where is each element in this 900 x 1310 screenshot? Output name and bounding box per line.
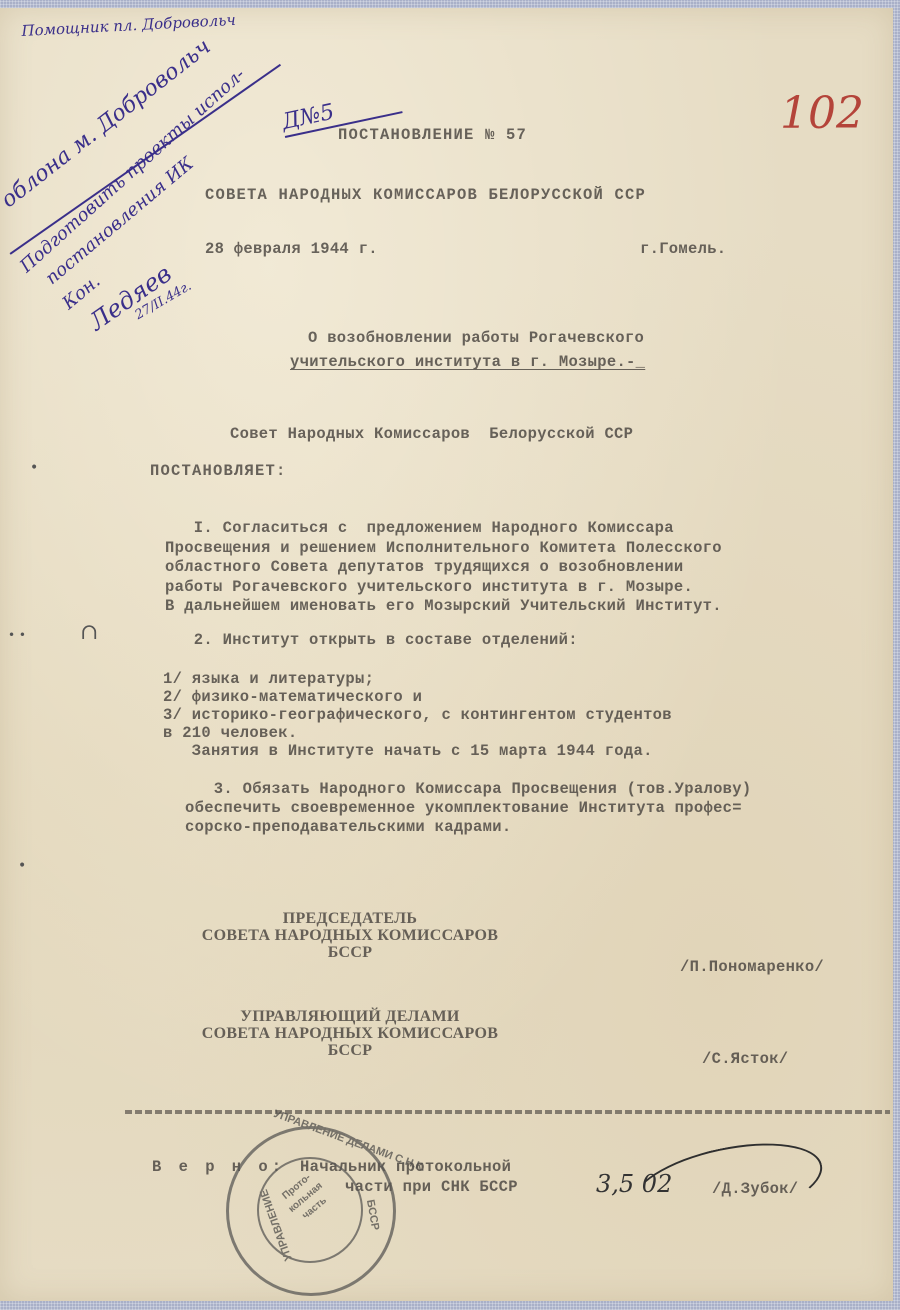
document-place: г.Гомель. bbox=[640, 240, 726, 258]
signatory-title: БССР bbox=[185, 1042, 515, 1059]
item-1-line: работы Рогачевского учительского институ… bbox=[165, 578, 722, 598]
department-list: 1/ языка и литературы; 2/ физико-математ… bbox=[163, 670, 672, 760]
handwritten-top-note: Помощник пл. Добровольч bbox=[21, 11, 236, 40]
signatory-title: БССР bbox=[185, 944, 515, 961]
signatory-title: ПРЕДСЕДАТЕЛЬ bbox=[185, 910, 515, 927]
signatory-name-chairman: /П.Пономаренко/ bbox=[680, 958, 824, 976]
handwritten-ref-number: Д№5 bbox=[280, 100, 337, 135]
department-item: 3/ историко-географического, с континген… bbox=[163, 706, 672, 724]
item-2-tail: Занятия в Институте начать с 15 марта 19… bbox=[163, 742, 672, 760]
document-title: ПОСТАНОВЛЕНИЕ № 57 bbox=[338, 126, 527, 144]
signatory-name-manager: /С.Ясток/ bbox=[702, 1050, 788, 1068]
resolves-heading: ПОСТАНОВЛЯЕТ: bbox=[150, 462, 287, 480]
punch-hole-mark: • bbox=[30, 460, 38, 476]
item-1: I. Согласиться с предложением Народного … bbox=[165, 519, 722, 617]
item-3-line: 3. Обязать Народного Комиссара Просвещен… bbox=[185, 780, 752, 799]
item-1-line: Просвещения и решением Исполнительного К… bbox=[165, 539, 722, 559]
signature-block-chairman: ПРЕДСЕДАТЕЛЬ СОВЕТА НАРОДНЫХ КОМИССАРОВ … bbox=[185, 910, 515, 961]
item-1-line: I. Согласиться с предложением Народного … bbox=[165, 519, 722, 539]
document-date: 28 февраля 1944 г. bbox=[205, 240, 378, 258]
department-item: 1/ языка и литературы; bbox=[163, 670, 672, 688]
subject-line-2: учительского института в г. Мозыре.-_ bbox=[290, 353, 645, 371]
punch-hole-mark: • bbox=[18, 858, 26, 874]
signature-block-manager: УПРАВЛЯЮЩИЙ ДЕЛАМИ СОВЕТА НАРОДНЫХ КОМИС… bbox=[185, 1008, 515, 1059]
stamp-ring-right: БССР bbox=[364, 1199, 381, 1232]
issuer-line: СОВЕТА НАРОДНЫХ КОМИССАРОВ БЕЛОРУССКОЙ С… bbox=[205, 186, 646, 204]
signatory-title: СОВЕТА НАРОДНЫХ КОМИССАРОВ bbox=[185, 1025, 515, 1042]
preamble: Совет Народных Комиссаров Белорусской СС… bbox=[230, 425, 633, 443]
department-item: 2/ физико-математического и bbox=[163, 688, 672, 706]
item-1-line: В дальнейшем именовать его Мозырский Учи… bbox=[165, 597, 722, 617]
subject-line-1: О возобновлении работы Рогачевского bbox=[308, 329, 644, 347]
item-1-line: областного Совета депутатов трудящихся о… bbox=[165, 558, 722, 578]
certification-name: /Д.Зубок/ bbox=[712, 1180, 798, 1198]
punch-hole-mark: • • bbox=[8, 628, 26, 642]
document-page: Помощник пл. Добровольч облона м. Добров… bbox=[0, 8, 893, 1301]
signatory-title: СОВЕТА НАРОДНЫХ КОМИССАРОВ bbox=[185, 927, 515, 944]
item-3-line: сорско-преподавательскими кадрами. bbox=[185, 818, 752, 837]
item-2-tail: в 210 человек. bbox=[163, 724, 672, 742]
item-3: 3. Обязать Народного Комиссара Просвещен… bbox=[185, 780, 752, 837]
separator-rule bbox=[125, 1110, 890, 1114]
official-stamp: УПРАВЛЕНИЕ ДЕЛАМИ С.Н.К. БССР УПРАВЛЕНИЕ… bbox=[226, 1126, 396, 1296]
signatory-title: УПРАВЛЯЮЩИЙ ДЕЛАМИ bbox=[185, 1008, 515, 1025]
folio-number: 102 bbox=[780, 88, 864, 139]
item-3-line: обеспечить своевременное укомплектование… bbox=[185, 799, 752, 818]
item-2-heading: 2. Институт открыть в составе отделений: bbox=[165, 631, 578, 649]
pencil-mark: ∩ bbox=[80, 620, 98, 645]
